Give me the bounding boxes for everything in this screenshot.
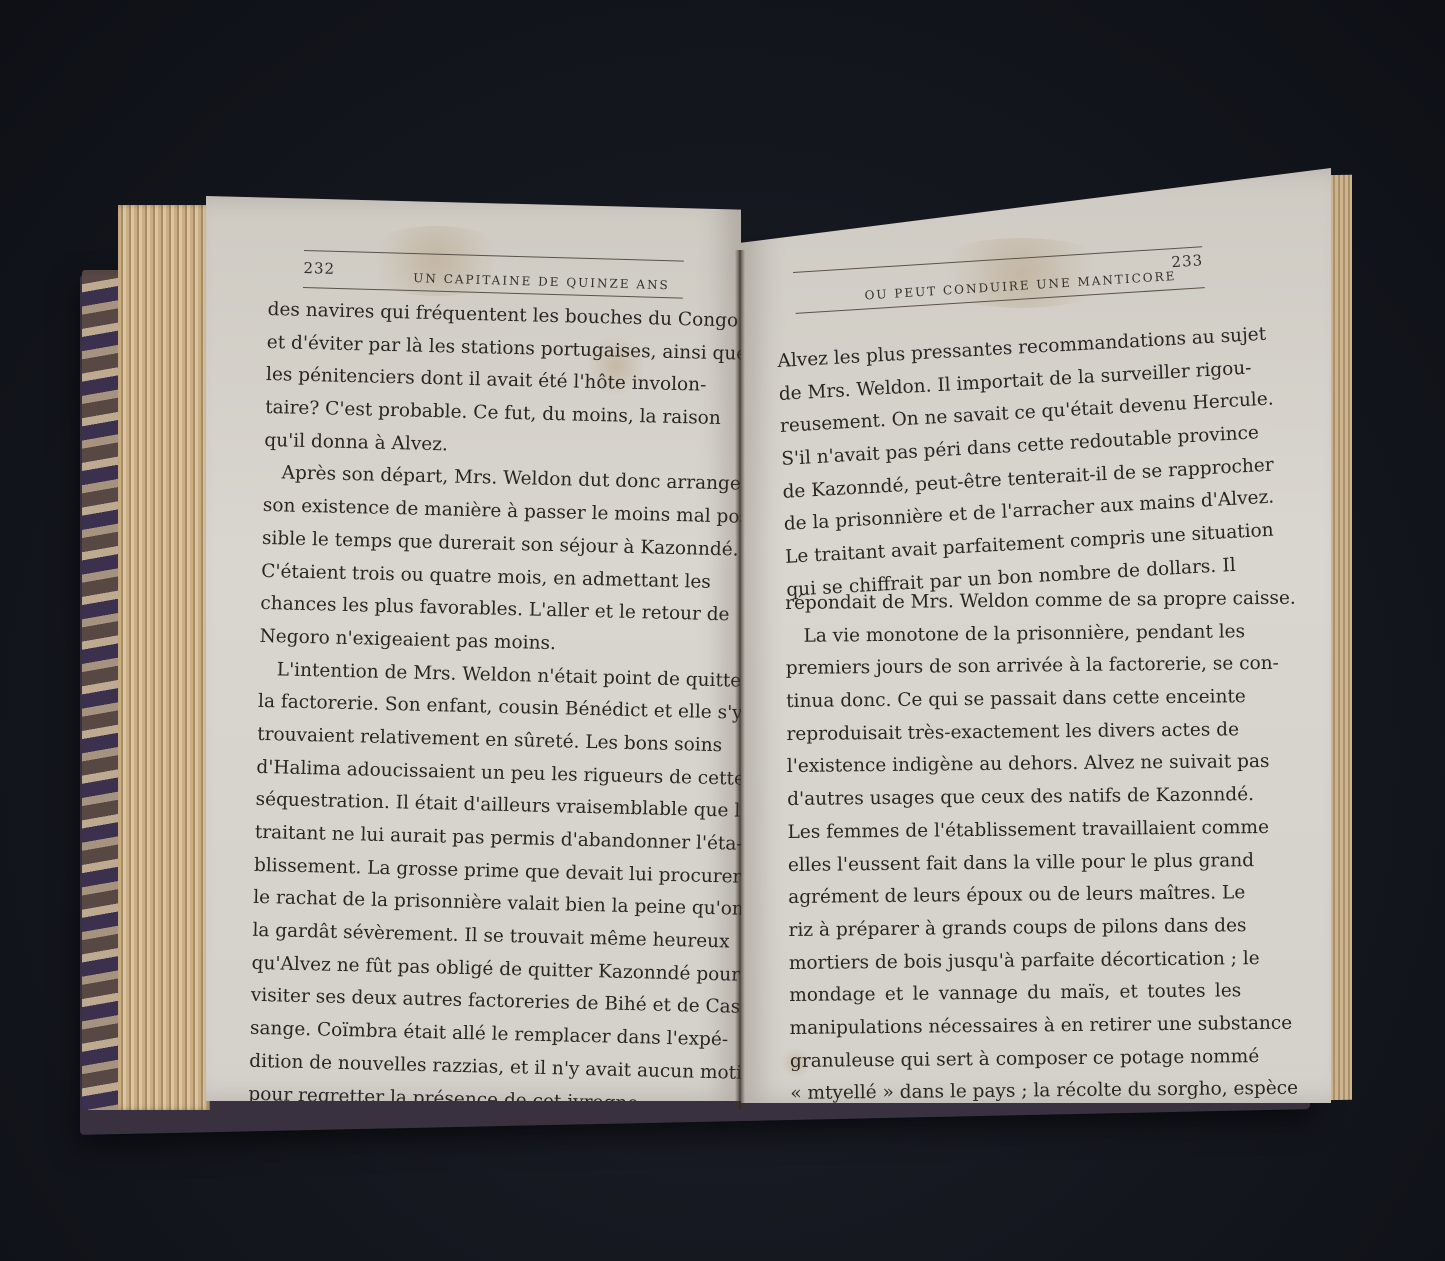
left-page-body: des navires qui fréquentent les bouches … (247, 294, 698, 1101)
text-line: mondage et le vannage du maïs, et toutes… (789, 975, 1241, 1012)
photo-scene: 232 UN CAPITAINE DE QUINZE ANS des navir… (0, 0, 1445, 1261)
left-running-head: 232 UN CAPITAINE DE QUINZE ANS (303, 250, 684, 299)
text-line: granuleuse qui sert à composer ce potage… (790, 1041, 1242, 1078)
text-line: Les femmes de l'établissement travaillai… (787, 812, 1239, 849)
text-line: elles l'eussent fait dans la ville pour … (788, 845, 1240, 882)
text-line: premiers jours de son arrivée à la facto… (786, 649, 1238, 686)
text-line: agrément de leurs époux ou de leurs maît… (788, 877, 1240, 914)
text-line: l'existence indigène au dehors. Alvez ne… (787, 747, 1239, 784)
page-number: 232 (303, 259, 335, 278)
text-line: « mtyellé » dans le pays ; la récolte du… (790, 1074, 1242, 1103)
right-page-body-lower: répondait de Mrs. Weldon comme de sa pro… (785, 583, 1243, 1103)
running-head-title: UN CAPITAINE DE QUINZE ANS (413, 271, 670, 292)
text-line: répondait de Mrs. Weldon comme de sa pro… (785, 583, 1237, 620)
text-line: riz à préparer à grands coups de pilons … (788, 910, 1240, 947)
text-line: reproduisait très-exactement les divers … (786, 714, 1238, 751)
left-page-edges (118, 205, 210, 1110)
right-page-body-upper: Alvez les plus pressantes recommandation… (777, 321, 1236, 607)
running-head-title: OU PEUT CONDUIRE UNE MANTICORE (864, 269, 1177, 303)
page-number: 233 (1171, 251, 1204, 271)
book-gutter (735, 250, 745, 1110)
text-line: mortiers de bois jusqu'à parfaite décort… (789, 943, 1241, 980)
text-line: manipulations nécessaires à en retirer u… (789, 1008, 1241, 1045)
text-line: La vie monotone de la prisonnière, penda… (785, 616, 1237, 653)
text-line: tinua donc. Ce qui se passait dans cette… (786, 681, 1238, 718)
text-line: d'autres usages que ceux des natifs de K… (787, 779, 1239, 816)
right-page: OU PEUT CONDUIRE UNE MANTICORE 233 Alvez… (741, 168, 1331, 1103)
left-page: 232 UN CAPITAINE DE QUINZE ANS des navir… (206, 196, 741, 1101)
